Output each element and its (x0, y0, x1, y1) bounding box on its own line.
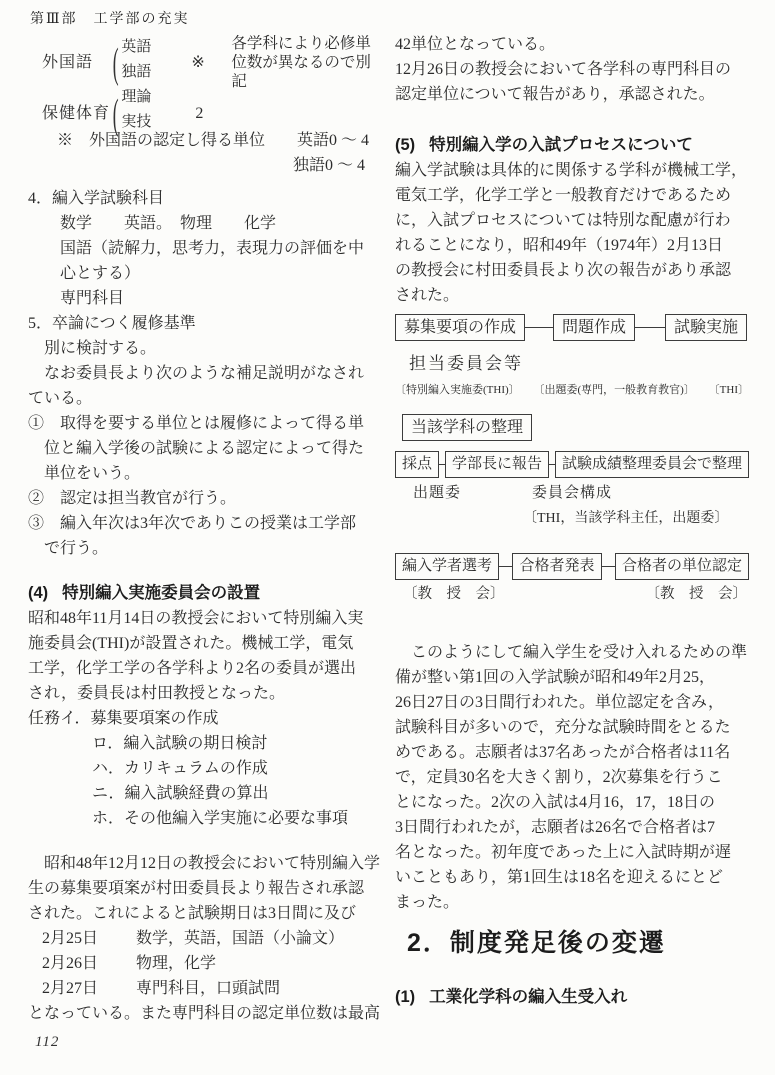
flow-label-committee-composition: 委員会構成 (532, 481, 612, 506)
credit-footnote-line1: ※ 外国語の認定し得る単位 英語0 ～ 4 (57, 128, 369, 153)
exam-date: 2月25日 (42, 926, 136, 951)
flow-row-1: 募集要項の作成 問題作成 試験実施 (395, 314, 749, 341)
section-5-heading: (5)特別編入学の入試プロセスについて (395, 133, 749, 158)
flow-box-report-to-dean: 学部長に報告 (445, 451, 549, 478)
chapter-2-title: 制度発足後の変遷 (450, 929, 666, 957)
section-5-number: (5) (395, 136, 415, 154)
section-4-heading: (4)特別編入実施委員会の設置 (28, 581, 386, 606)
page-number: 112 (35, 1034, 59, 1051)
exam-date: 2月27日 (42, 976, 136, 1001)
flow-label-question-committee: 出題委 (413, 481, 461, 506)
item-4-exam-subjects: 4．編入学試験科目 数学 英語。 物理 化学 国語（読解力，思考力，表現力の評価… (28, 186, 386, 311)
admission-process-flowchart: 募集要項の作成 問題作成 試験実施 担当委員会等 〔特別編入実施委(THI)〕 … (395, 314, 749, 610)
flow-box-results-committee: 試験成績整理委員会で整理 (555, 451, 749, 478)
exam-date: 2月26日 (42, 951, 136, 976)
annotation-thi-committee: 〔特別編入実施委(THI)〕 (395, 378, 520, 403)
credit-requirements-table: 外国語 ( 英語独語 ※ 各学科により必修単位数が異なるので別記 保健体育 ( … (28, 32, 386, 186)
exam-subjects: 物理，化学 (136, 951, 216, 976)
exam-date-table: 2月25日 数学，英語，国語（小論文） 2月26日 物理，化学 2月27日 専門… (28, 926, 386, 1001)
flow-box-announce-successful: 合格者発表 (512, 553, 601, 580)
credit-row-foreign-language: 外国語 ( 英語独語 ※ 各学科により必修単位数が異なるので別記 (28, 34, 381, 91)
annotation-question-committee: 〔出題委(専門，一般教育教官)〕 (534, 378, 695, 403)
annotation-faculty-meeting-right: 〔教 授 会〕 (646, 582, 748, 607)
subsection-1-number: (1) (395, 988, 415, 1006)
section-5-title: 特別編入学の入試プロセスについて (429, 136, 693, 154)
chapter-2-heading: 2．制度発足後の変遷 (395, 931, 749, 967)
reference-mark: ※ (191, 50, 213, 75)
exam-subjects: 専門科目，口頭試問 (136, 976, 280, 1001)
flow-box-credit-certification: 合格者の単位認定 (615, 553, 749, 580)
section-4-paragraph: 昭和48年11月14日の教授会において特別編入実施委員会(THI)が設置された。… (28, 606, 386, 831)
flow-connector (635, 327, 665, 328)
item-5-thesis-criteria: 5．卒論につく履修基準 別に検討する。 (28, 311, 386, 361)
credit-footnote-line2: 独語0 ～ 4 (293, 153, 365, 178)
right-final-paragraph: このようにして編入学生を受け入れるための準備が整い第1回の入学試験が昭和49年2… (395, 640, 749, 915)
flow-box-recruitment-guidelines: 募集要項の作成 (395, 314, 525, 341)
circled-number-notes: ① 取得を要する単位とは履修によって得る単 位と編入学後の試験による認定によって… (28, 411, 386, 561)
brace-glyph: ( (113, 39, 119, 87)
flow-box-exam-execution: 試験実施 (665, 314, 747, 341)
flow-row-3: 編入学者選考 合格者発表 合格者の単位認定 (395, 553, 749, 580)
credit-row-label: 保健体育 (42, 101, 112, 126)
exam-date-row: 2月25日 数学，英語，国語（小論文） (28, 926, 386, 951)
right-column: 42単位となっている。12月26日の教授会において各学科の専門科目の認定単位につ… (395, 32, 749, 1010)
flow-box-question-creation: 問題作成 (553, 314, 635, 341)
flow-connector (602, 566, 615, 567)
exam-date-row: 2月26日 物理，化学 (28, 951, 386, 976)
left-column-closing-line: となっている。また専門科目の認定単位数は最高 (28, 1001, 386, 1026)
right-intro-paragraph: 42単位となっている。12月26日の教授会において各学科の専門科目の認定単位につ… (395, 32, 749, 107)
flow-connector (499, 566, 512, 567)
language-options: 英語独語 (121, 38, 165, 88)
flow-box-transfer-selection: 編入学者選考 (395, 553, 499, 580)
flow-row-2: 採点 学部長に報告 試験成績整理委員会で整理 (395, 451, 749, 478)
flow-row1-annotations: 〔特別編入実施委(THI)〕 〔出題委(専門，一般教育教官)〕 〔THI〕 (395, 378, 749, 403)
section-5-paragraph: 編入学試験は具体的に関係する学科が機械工学，電気工学，化学工学と一般教育だけであ… (395, 158, 749, 308)
subsection-1-heading: (1)工業化学科の編入生受入れ (395, 985, 749, 1010)
flow-committee-label: 担当委員会等 (409, 351, 523, 376)
credit-row-label: 外国語 (42, 50, 112, 75)
chapter-2-number: 2． (407, 929, 450, 957)
exam-date-row: 2月27日 専門科目，口頭試問 (28, 976, 386, 1001)
chair-supplement-note: なお委員長より次のような補足説明がなされている。 (28, 361, 386, 411)
credit-note: 各学科により必修単位数が異なるので別記 (231, 34, 381, 91)
section-4-number: (4) (28, 584, 48, 602)
subsection-1-title: 工業化学科の編入生受入れ (429, 988, 627, 1006)
section-4-title: 特別編入実施委員会の設置 (62, 584, 260, 602)
flow-box-grading: 採点 (395, 451, 439, 478)
exam-subjects: 数学，英語，国語（小論文） (136, 926, 344, 951)
flow-row2-annotation: 〔THI，当該学科主任，出題委〕 (523, 506, 728, 531)
flow-connector (525, 327, 553, 328)
running-header: 第Ⅲ部 工学部の充実 (30, 8, 190, 28)
flow-box-department-organizing: 当該学科の整理 (402, 414, 532, 441)
scanned-document-page: 第Ⅲ部 工学部の充実 外国語 ( 英語独語 ※ 各学科により必修単位数が異なるの… (0, 0, 775, 1075)
credit-value: 2 (195, 101, 203, 126)
annotation-thi: 〔THI〕 (709, 378, 749, 403)
left-column: 外国語 ( 英語独語 ※ 各学科により必修単位数が異なるので別記 保健体育 ( … (28, 32, 386, 1026)
section-4-paragraph-2: 昭和48年12月12日の教授会において特別編入学生の募集要項案が村田委員長より報… (28, 851, 386, 926)
annotation-faculty-meeting-left: 〔教 授 会〕 (403, 582, 505, 607)
